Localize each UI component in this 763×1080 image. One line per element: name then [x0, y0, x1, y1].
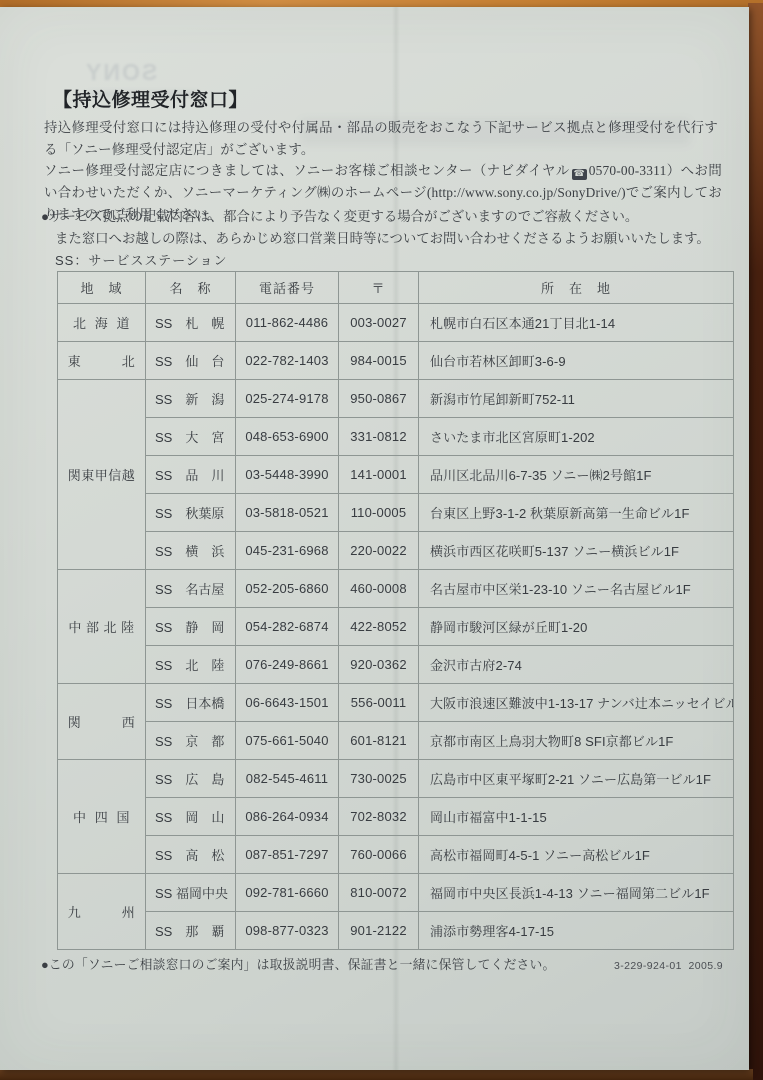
station-name-cell: SS 日本橋 [146, 684, 236, 722]
zip-cell: 220-0022 [339, 532, 419, 570]
zip-cell: 920-0362 [339, 646, 419, 684]
tel-cell: 011-862-4486 [236, 304, 339, 342]
tel-cell: 098-877-0323 [236, 912, 339, 950]
station-name-cell: SS 京 都 [146, 722, 236, 760]
station-name-cell: SS 福岡中央 [146, 874, 236, 912]
tel-cell: 045-231-6968 [236, 532, 339, 570]
zip-cell: 556-0011 [339, 684, 419, 722]
address-cell: 品川区北品川6-7-35 ソニー㈱2号館1F [419, 456, 734, 494]
region-cell: 中 部 北 陸 [58, 570, 146, 684]
tel-cell: 076-249-8661 [236, 646, 339, 684]
address-cell: 福岡市中央区長浜1-4-13 ソニー福岡第二ビル1F [419, 874, 734, 912]
page-title: 【持込修理受付窓口】 [53, 85, 248, 112]
tel-cell: 022-782-1403 [236, 342, 339, 380]
ss-abbreviation-legend: SS：サービスステーション [55, 250, 228, 269]
intro-paragraph-2-text: ソニー修理受付認定店につきましては、ソニーお客様ご相談センター（ナビダイヤル [44, 163, 570, 178]
column-header: 地 域 [58, 272, 146, 304]
table-row: SS 那 覇098-877-0323901-2122浦添市勢理客4-17-15 [58, 912, 734, 950]
tel-cell: 054-282-6874 [236, 608, 339, 646]
column-header: 電話番号 [236, 272, 339, 304]
tel-cell: 06-6643-1501 [236, 684, 339, 722]
station-name-cell: SS 岡 山 [146, 798, 236, 836]
tel-cell: 087-851-7297 [236, 836, 339, 874]
table-row: SS 岡 山086-264-0934702-8032岡山市福富中1-1-15 [58, 798, 734, 836]
address-cell: 静岡市駿河区緑が丘町1-20 [419, 608, 734, 646]
station-name-cell: SS 札 幌 [146, 304, 236, 342]
desk-surface-right-edge [748, 3, 763, 1080]
zip-cell: 601-8121 [339, 722, 419, 760]
navidial-phone-number: 0570-00-3311 [589, 163, 667, 178]
zip-cell: 422-8052 [339, 608, 419, 646]
navidial-phone-icon: ☎ [572, 169, 587, 180]
table-row: 東 北SS 仙 台022-782-1403984-0015仙台市若林区卸町3-6… [58, 342, 734, 380]
column-header: 〒 [339, 272, 419, 304]
column-header: 所 在 地 [419, 272, 734, 304]
station-name-cell: SS 那 覇 [146, 912, 236, 950]
address-cell: 広島市中区東平塚町2-21 ソニー広島第一ビル1F [419, 760, 734, 798]
tel-cell: 086-264-0934 [236, 798, 339, 836]
table-row: 北 海 道SS 札 幌011-862-4486003-0027札幌市白石区本通2… [58, 304, 734, 342]
address-cell: 大阪市浪速区難波中1-13-17 ナンバ辻本ニッセイビル1F [419, 684, 734, 722]
station-name-cell: SS 横 浜 [146, 532, 236, 570]
tel-cell: 082-545-4611 [236, 760, 339, 798]
table-row: SS 秋葉原03-5818-0521110-0005台東区上野3-1-2 秋葉原… [58, 494, 734, 532]
zip-cell: 901-2122 [339, 912, 419, 950]
table-row: 中 部 北 陸SS 名古屋052-205-6860460-0008名古屋市中区栄… [58, 570, 734, 608]
table-row: SS 横 浜045-231-6968220-0022横浜市西区花咲町5-137 … [58, 532, 734, 570]
address-cell: 台東区上野3-1-2 秋葉原新高第一生命ビル1F [419, 494, 734, 532]
station-name-cell: SS 名古屋 [146, 570, 236, 608]
intro-paragraph-1: 持込修理受付窓口には持込修理の受付や付属品・部品の販売をおこなう下記サービス拠点… [44, 117, 718, 161]
table-row: SS 大 宮048-653-6900331-0812さいたま市北区宮原町1-20… [58, 418, 734, 456]
station-name-cell: SS 秋葉原 [146, 494, 236, 532]
table-row: SS 高 松087-851-7297760-0066高松市福岡町4-5-1 ソニ… [58, 836, 734, 874]
tel-cell: 03-5448-3990 [236, 456, 339, 494]
zip-cell: 460-0008 [339, 570, 419, 608]
table-row: SS 静 岡054-282-6874422-8052静岡市駿河区緑が丘町1-20 [58, 608, 734, 646]
column-header: 名 称 [146, 272, 236, 304]
address-cell: 金沢市古府2-74 [419, 646, 734, 684]
sony-logo-bleedthrough: SONY [84, 59, 157, 86]
zip-cell: 003-0027 [339, 304, 419, 342]
page-footer: ●この「ソニーご相談窓口のご案内」は取扱説明書、保証書と一緒に保管してください。… [41, 954, 723, 973]
zip-cell: 810-0072 [339, 874, 419, 912]
address-cell: 名古屋市中区栄1-23-10 ソニー名古屋ビル1F [419, 570, 734, 608]
zip-cell: 331-0812 [339, 418, 419, 456]
station-name-cell: SS 品 川 [146, 456, 236, 494]
address-cell: 京都市南区上鳥羽大物町8 SFI京都ビル1F [419, 722, 734, 760]
scanned-document-page: SONY 【持込修理受付窓口】 持込修理受付窓口には持込修理の受付や付属品・部品… [0, 7, 749, 1070]
region-cell: 東 北 [58, 342, 146, 380]
zip-cell: 110-0005 [339, 494, 419, 532]
footer-part-number: 3-229-924-01 2005.9 [614, 960, 723, 972]
zip-cell: 141-0001 [339, 456, 419, 494]
address-cell: 横浜市西区花咲町5-137 ソニー横浜ビル1F [419, 532, 734, 570]
tel-cell: 03-5818-0521 [236, 494, 339, 532]
address-cell: 札幌市白石区本通21丁目北1-14 [419, 304, 734, 342]
tel-cell: 052-205-6860 [236, 570, 339, 608]
address-cell: 岡山市福富中1-1-15 [419, 798, 734, 836]
address-cell: 仙台市若林区卸町3-6-9 [419, 342, 734, 380]
tel-cell: 048-653-6900 [236, 418, 339, 456]
table-row: 関 西SS 日本橋06-6643-1501556-0011大阪市浪速区難波中1-… [58, 684, 734, 722]
table-row: SS 京 都075-661-5040601-8121京都市南区上鳥羽大物町8 S… [58, 722, 734, 760]
region-cell: 関東甲信越 [58, 380, 146, 570]
station-name-cell: SS 新 潟 [146, 380, 236, 418]
region-cell: 九 州 [58, 874, 146, 950]
address-cell: 高松市福岡町4-5-1 ソニー高松ビル1F [419, 836, 734, 874]
tel-cell: 075-661-5040 [236, 722, 339, 760]
caution-note-2: また窓口へお越しの際は、あらかじめ窓口営業日時等についてお問い合わせくださるよう… [41, 228, 721, 250]
table-row: 中 四 国SS 広 島082-545-4611730-0025広島市中区東平塚町… [58, 760, 734, 798]
region-cell: 北 海 道 [58, 304, 146, 342]
station-name-cell: SS 仙 台 [146, 342, 236, 380]
region-cell: 中 四 国 [58, 760, 146, 874]
address-cell: 浦添市勢理客4-17-15 [419, 912, 734, 950]
zip-cell: 730-0025 [339, 760, 419, 798]
zip-cell: 984-0015 [339, 342, 419, 380]
caution-note-1: ●サービス拠点の記載内容は、都合により予告なく変更する場合がございますのでご容赦… [41, 206, 721, 228]
station-name-cell: SS 広 島 [146, 760, 236, 798]
table-row: 関東甲信越SS 新 潟025-274-9178950-0867新潟市竹尾卸新町7… [58, 380, 734, 418]
station-name-cell: SS 大 宮 [146, 418, 236, 456]
tel-cell: 025-274-9178 [236, 380, 339, 418]
station-name-cell: SS 静 岡 [146, 608, 236, 646]
desk-surface-bottom-edge [0, 1069, 753, 1080]
station-name-cell: SS 高 松 [146, 836, 236, 874]
footer-keep-note: ●この「ソニーご相談窓口のご案内」は取扱説明書、保証書と一緒に保管してください。 [41, 954, 556, 973]
table-row: SS 北 陸076-249-8661920-0362金沢市古府2-74 [58, 646, 734, 684]
zip-cell: 950-0867 [339, 380, 419, 418]
region-cell: 関 西 [58, 684, 146, 760]
service-station-table: 地 域名 称電話番号〒所 在 地 北 海 道SS 札 幌011-862-4486… [57, 271, 734, 950]
table-row: 九 州SS 福岡中央092-781-6660810-0072福岡市中央区長浜1-… [58, 874, 734, 912]
table-row: SS 品 川03-5448-3990141-0001品川区北品川6-7-35 ソ… [58, 456, 734, 494]
address-cell: さいたま市北区宮原町1-202 [419, 418, 734, 456]
address-cell: 新潟市竹尾卸新町752-11 [419, 380, 734, 418]
station-name-cell: SS 北 陸 [146, 646, 236, 684]
tel-cell: 092-781-6660 [236, 874, 339, 912]
caution-notes: ●サービス拠点の記載内容は、都合により予告なく変更する場合がございますのでご容赦… [41, 206, 721, 250]
zip-cell: 760-0066 [339, 836, 419, 874]
table-header-row: 地 域名 称電話番号〒所 在 地 [58, 272, 734, 304]
zip-cell: 702-8032 [339, 798, 419, 836]
